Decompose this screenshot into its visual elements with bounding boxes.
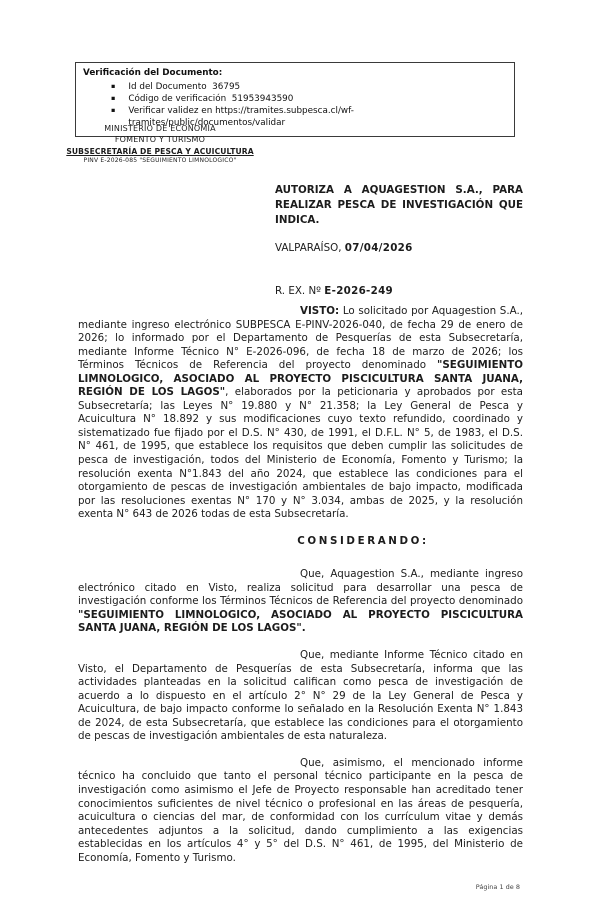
resolution-number-label: R. EX. Nº <box>275 285 324 297</box>
project-code-line: PINV E-2026-085 "SEGUIMIENTO LIMNOLOGICO… <box>60 157 260 165</box>
considerando-paragraph-3: Que, asimismo, el mencionado informe téc… <box>78 757 523 865</box>
ministry-line: MINISTERIO DE ECONOMÍA <box>60 123 260 134</box>
verification-title: Verificación del Documento: <box>83 68 506 79</box>
page-number-indicator: Página 1 de 8 <box>0 883 520 891</box>
resolution-number: E-2026-249 <box>324 285 393 297</box>
document-page: Verificación del Documento: ▪ Id del Doc… <box>0 0 600 918</box>
considerando-paragraph-2: Que, mediante Informe Técnico citado en … <box>78 649 523 744</box>
considerando-1-text: Que, Aquagestion S.A., mediante ingreso … <box>78 568 523 607</box>
considerando-paragraph-1: Que, Aquagestion S.A., mediante ingreso … <box>78 568 523 636</box>
verification-item-code: ▪ Código de verificación 51953943590 <box>83 93 506 105</box>
visto-text-2: , elaborados por la peticionaria y aprob… <box>78 386 523 520</box>
bullet-icon: ▪ <box>111 80 115 92</box>
document-body: VISTO: Lo solicitado por Aquagestion S.A… <box>78 305 523 878</box>
place-and-date: VALPARAÍSO, 07/04/2026 <box>275 242 523 256</box>
bullet-icon: ▪ <box>111 92 115 104</box>
ministry-subline: FOMENTO Y TURISMO <box>60 134 260 145</box>
visto-paragraph: VISTO: Lo solicitado por Aquagestion S.A… <box>78 305 523 522</box>
verification-item-text: Código de verificación 51953943590 <box>128 93 293 105</box>
considerando-1-project-name: "SEGUIMIENTO LIMNOLOGICO, ASOCIADO AL PR… <box>78 609 523 635</box>
resolution-date: 07/04/2026 <box>345 242 413 254</box>
resolution-number-line: R. EX. Nº E-2026-249 <box>275 285 523 299</box>
verification-list: ▪ Id del Documento 36795 ▪ Código de ver… <box>83 81 506 129</box>
considerando-heading: CONSIDERANDO: <box>78 535 523 549</box>
verification-item-text: Id del Documento 36795 <box>128 81 240 93</box>
subsecretaria-line: SUBSECRETARÍA DE PESCA Y ACUICULTURA <box>60 146 260 157</box>
resolution-title: AUTORIZA A AQUAGESTION S.A., PARA REALIZ… <box>275 183 523 228</box>
letterhead: MINISTERIO DE ECONOMÍA FOMENTO Y TURISMO… <box>60 123 260 165</box>
bullet-icon: ▪ <box>111 104 115 116</box>
resolution-header-block: AUTORIZA A AQUAGESTION S.A., PARA REALIZ… <box>275 183 523 298</box>
place-label: VALPARAÍSO, <box>275 242 345 254</box>
verification-item-document-id: ▪ Id del Documento 36795 <box>83 81 506 93</box>
visto-label: VISTO: <box>300 305 339 317</box>
